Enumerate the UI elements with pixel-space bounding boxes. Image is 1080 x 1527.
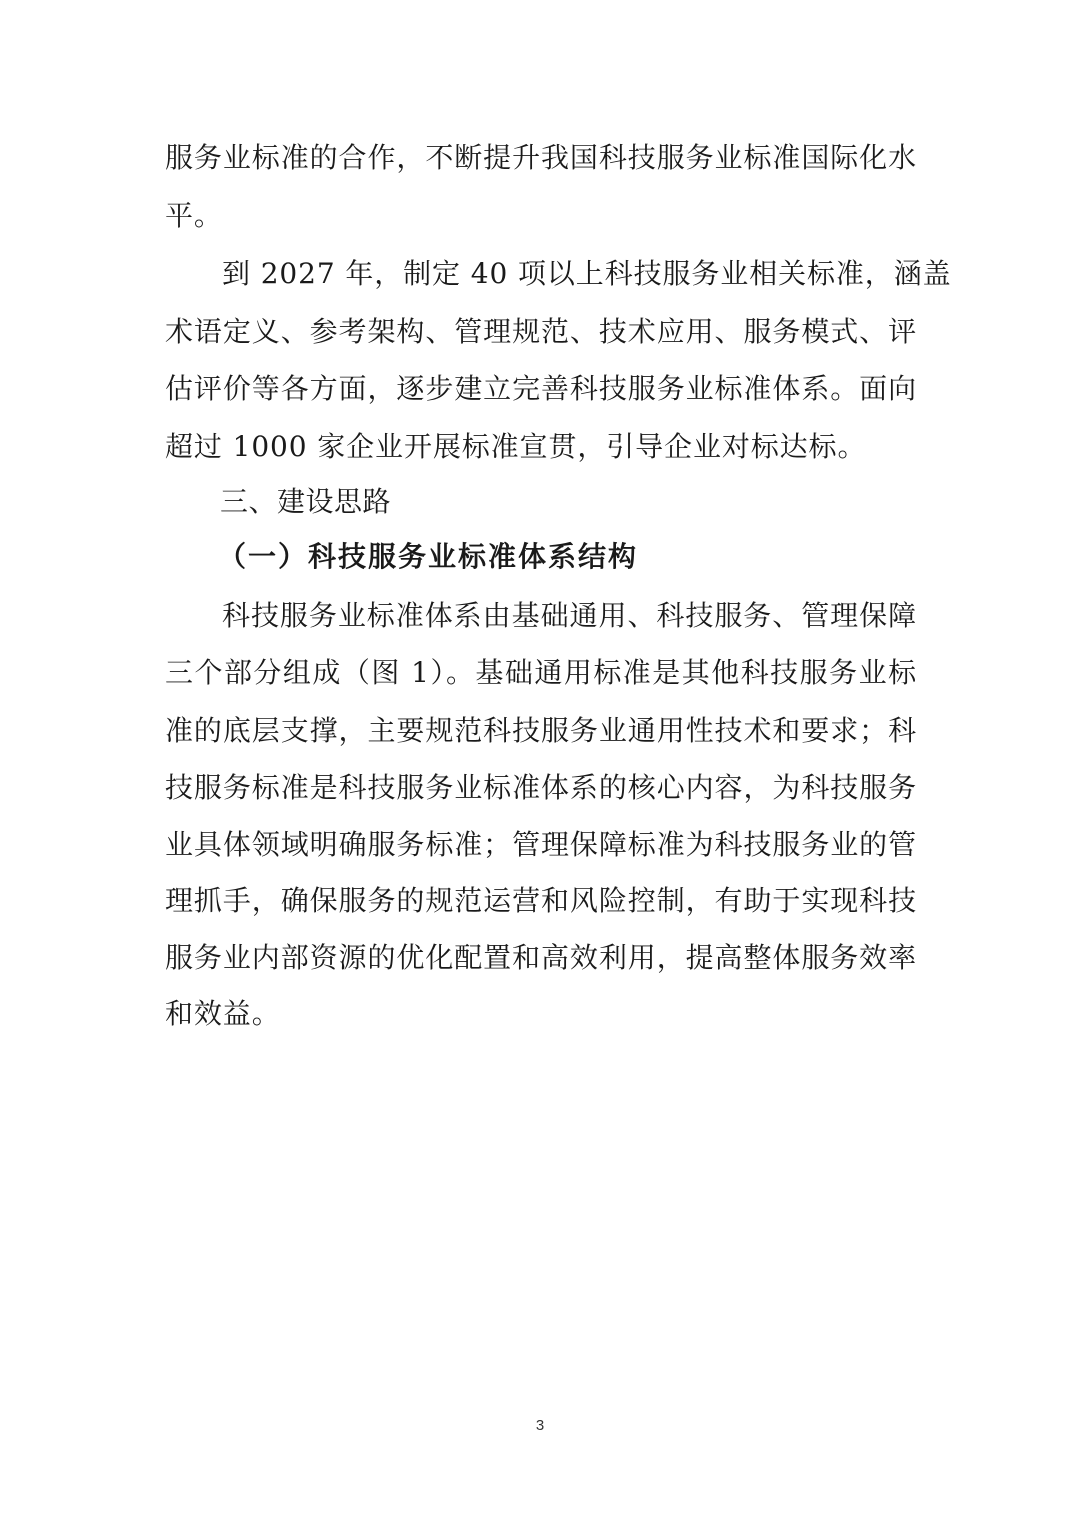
paragraph-line: 平。 <box>165 196 917 236</box>
paragraph-line: 科技服务业标准体系由基础通用、科技服务、管理保障 <box>222 596 917 636</box>
paragraph-line: 超过 1000 家企业开展标准宣贯，引导企业对标达标。 <box>165 427 917 467</box>
section-heading: 三、建设思路 <box>220 482 391 522</box>
paragraph-line: 技服务标准是科技服务业标准体系的核心内容，为科技服务 <box>165 768 917 808</box>
document-page: 服务业标准的合作，不断提升我国科技服务业标准国际化水 平。 到 2027 年，制… <box>0 0 1080 1527</box>
paragraph-line: 服务业内部资源的优化配置和高效利用，提高整体服务效率 <box>165 938 917 978</box>
paragraph-line: 业具体领域明确服务标准；管理保障标准为科技服务业的管 <box>165 825 917 865</box>
page-number: 3 <box>0 1417 1080 1434</box>
paragraph-line: 到 2027 年，制定 40 项以上科技服务业相关标准，涵盖 <box>222 254 917 294</box>
paragraph-line: 和效益。 <box>165 994 917 1034</box>
paragraph-line: 服务业标准的合作，不断提升我国科技服务业标准国际化水 <box>165 138 917 178</box>
paragraph-line: 术语定义、参考架构、管理规范、技术应用、服务模式、评 <box>165 312 917 352</box>
subsection-heading: （一）科技服务业标准体系结构 <box>218 537 638 577</box>
paragraph-line: 理抓手，确保服务的规范运营和风险控制，有助于实现科技 <box>165 881 917 921</box>
paragraph-line: 估评价等各方面，逐步建立完善科技服务业标准体系。面向 <box>165 369 917 409</box>
paragraph-line: 三个部分组成（图 1）。基础通用标准是其他科技服务业标 <box>165 653 917 693</box>
paragraph-line: 准的底层支撑，主要规范科技服务业通用性技术和要求；科 <box>165 711 917 751</box>
